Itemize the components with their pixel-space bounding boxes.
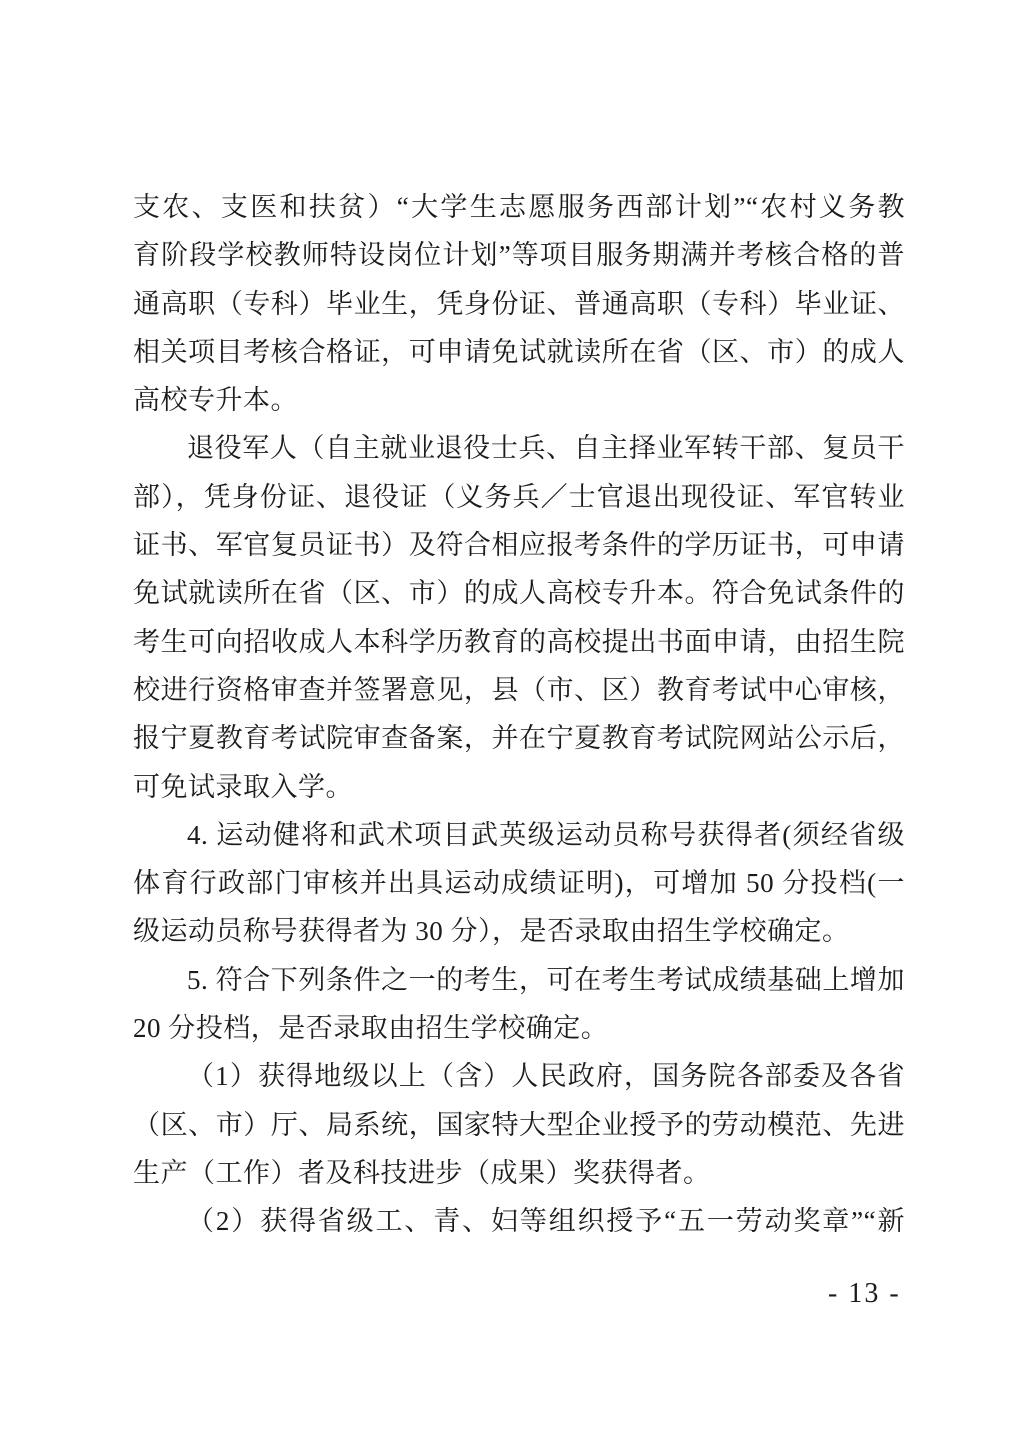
text-line: 退役军人（自主就业退役士兵、自主择业军转干部、复员干 [133, 424, 905, 472]
text-line: 育阶段学校教师特设岗位计划”等项目服务期满并考核合格的普 [133, 231, 905, 279]
text-line: 证书、军官复员证书）及符合相应报考条件的学历证书，可申请 [133, 521, 905, 569]
text-line: 5. 符合下列条件之一的考生，可在考生考试成绩基础上增加 [133, 956, 905, 1004]
paragraph: （1）获得地级以上（含）人民政府，国务院各部委及各省（区、市）厅、局系统，国家特… [133, 1052, 905, 1197]
text-line: 级运动员称号获得者为 30 分），是否录取由招生学校确定。 [133, 907, 905, 955]
paragraph: （2）获得省级工、青、妇等组织授予“五一劳动奖章”“新 [133, 1197, 905, 1245]
page-number: - 13 - [828, 1272, 918, 1316]
text-line: （2）获得省级工、青、妇等组织授予“五一劳动奖章”“新 [133, 1197, 905, 1245]
text-line: 支农、支医和扶贫）“大学生志愿服务西部计划”“农村义务教 [133, 183, 905, 231]
text-line: 部），凭身份证、退役证（义务兵／士官退出现役证、军官转业 [133, 473, 905, 521]
text-line: （1）获得地级以上（含）人民政府，国务院各部委及各省 [133, 1052, 905, 1100]
paragraph: 支农、支医和扶贫）“大学生志愿服务西部计划”“农村义务教育阶段学校教师特设岗位计… [133, 183, 905, 424]
paragraph: 4. 运动健将和武术项目武英级运动员称号获得者(须经省级体育行政部门审核并出具运… [133, 811, 905, 956]
document-body: 支农、支医和扶贫）“大学生志愿服务西部计划”“农村义务教育阶段学校教师特设岗位计… [133, 183, 905, 1246]
text-line: 可免试录取入学。 [133, 763, 905, 811]
text-line: 生产（工作）者及科技进步（成果）奖获得者。 [133, 1149, 905, 1197]
paragraph: 5. 符合下列条件之一的考生，可在考生考试成绩基础上增加20 分投档，是否录取由… [133, 956, 905, 1053]
text-line: 校进行资格审查并签署意见，县（市、区）教育考试中心审核， [133, 666, 905, 714]
document-page: 支农、支医和扶贫）“大学生志愿服务西部计划”“农村义务教育阶段学校教师特设岗位计… [0, 0, 1024, 1448]
text-line: 报宁夏教育考试院审查备案，并在宁夏教育考试院网站公示后， [133, 714, 905, 762]
paragraph: 退役军人（自主就业退役士兵、自主择业军转干部、复员干部），凭身份证、退役证（义务… [133, 424, 905, 810]
text-line: 高校专升本。 [133, 376, 905, 424]
text-line: 通高职（专科）毕业生，凭身份证、普通高职（专科）毕业证、 [133, 280, 905, 328]
text-line: 体育行政部门审核并出具运动成绩证明)，可增加 50 分投档(一 [133, 859, 905, 907]
text-line: 4. 运动健将和武术项目武英级运动员称号获得者(须经省级 [133, 811, 905, 859]
text-line: （区、市）厅、局系统，国家特大型企业授予的劳动模范、先进 [133, 1101, 905, 1149]
text-line: 20 分投档，是否录取由招生学校确定。 [133, 1004, 905, 1052]
text-line: 相关项目考核合格证，可申请免试就读所在省（区、市）的成人 [133, 328, 905, 376]
text-line: 免试就读所在省（区、市）的成人高校专升本。符合免试条件的 [133, 569, 905, 617]
text-line: 考生可向招收成人本科学历教育的高校提出书面申请，由招生院 [133, 618, 905, 666]
